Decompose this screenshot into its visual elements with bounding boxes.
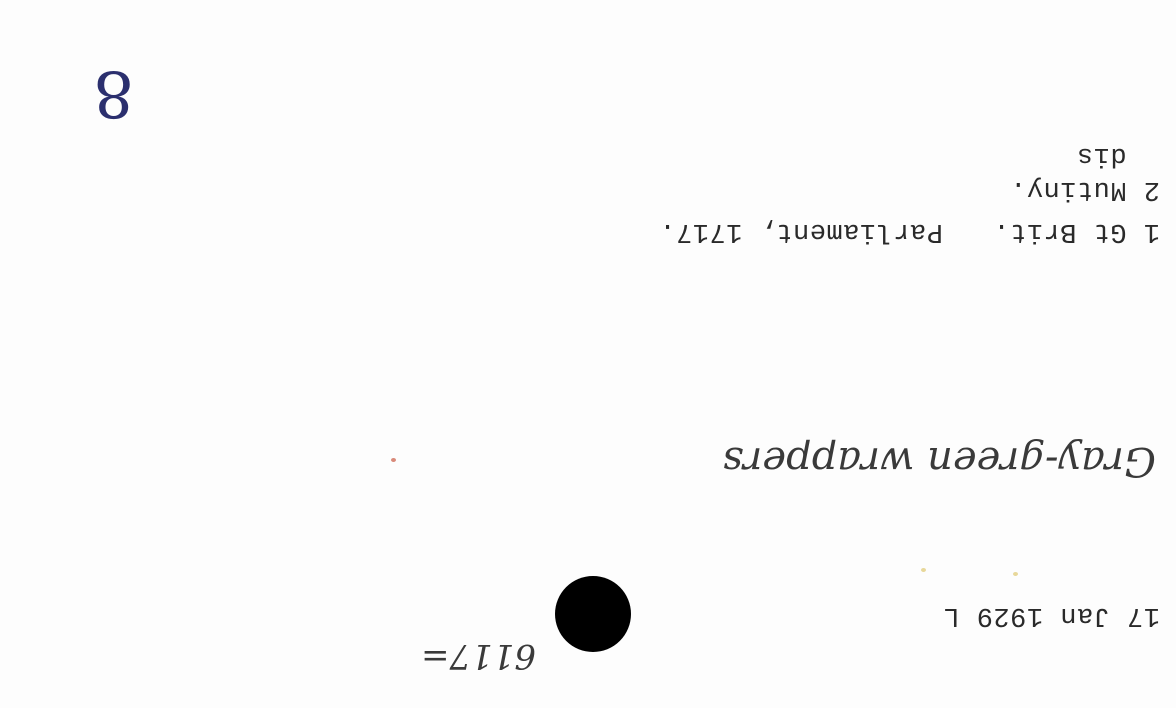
handwritten-call-mark: 6117= xyxy=(421,636,536,676)
paper-speck xyxy=(1013,572,1018,576)
accession-line: 17 Jan 1929 L xyxy=(943,601,1160,628)
tracing-2: 2 Mutiny. xyxy=(1010,175,1160,202)
paper-speck xyxy=(391,458,396,462)
punch-hole xyxy=(555,576,631,652)
handwritten-note: Gray-green wrappers xyxy=(723,438,1156,484)
handwritten-number: 8 xyxy=(93,56,134,130)
tracing-3: dis xyxy=(1076,141,1160,168)
paper-speck xyxy=(921,568,926,572)
catalog-card: 17 Jan 1929 L 6117= Gray-green wrappers … xyxy=(0,0,1176,708)
tracing-1: 1 Gt Brit. Parliament, 1717. xyxy=(659,217,1160,244)
